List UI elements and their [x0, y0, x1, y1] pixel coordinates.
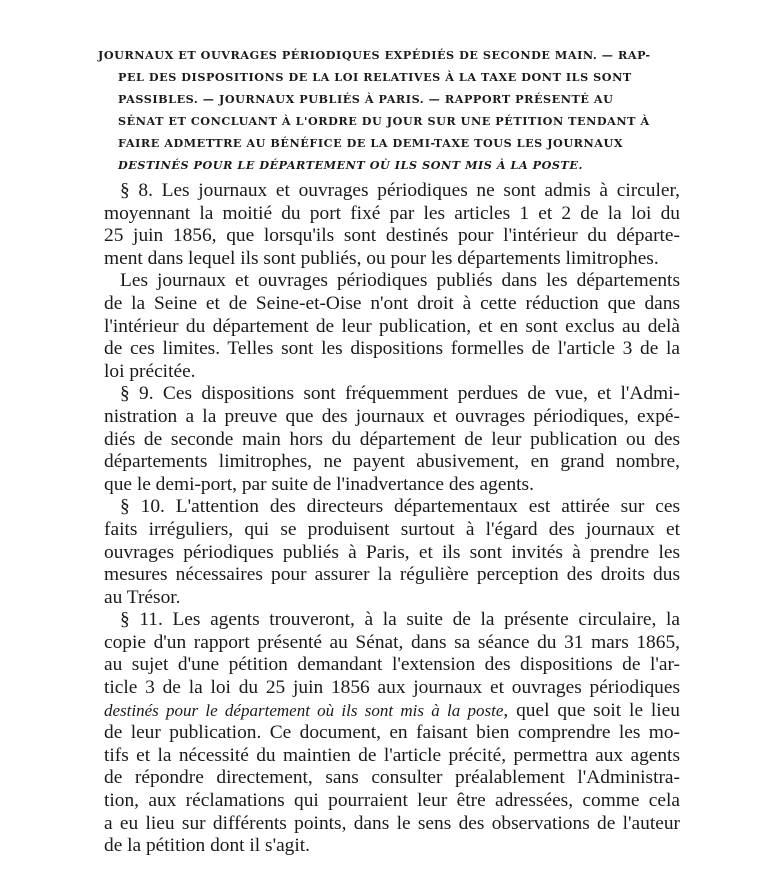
- text-line: que le demi-port, par suite de l'inadver…: [104, 474, 680, 497]
- text-line: Les journaux et ouvrages périodiques pub…: [104, 270, 680, 293]
- text-line: tifs et la nécessité du maintien de l'ar…: [104, 745, 680, 768]
- document-page: JOURNAUX ET OUVRAGES PÉRIODIQUES EXPÉDIÉ…: [0, 0, 766, 871]
- text-line: de répondre directement, sans consulter …: [104, 767, 680, 790]
- text-line: moyennant la moitié du port fixé par les…: [104, 203, 680, 226]
- heading-line: JOURNAUX ET OUVRAGES PÉRIODIQUES EXPÉDIÉ…: [98, 44, 678, 66]
- section-heading: JOURNAUX ET OUVRAGES PÉRIODIQUES EXPÉDIÉ…: [98, 44, 678, 176]
- heading-line: FAIRE ADMETTRE AU BÉNÉFICE DE LA DEMI-TA…: [98, 132, 678, 154]
- text-line: nistration a la preuve que des journaux …: [104, 406, 680, 429]
- text-line: 25 juin 1856, que lorsqu'ils sont destin…: [104, 225, 680, 248]
- text-line: de la Seine et de Seine-et-Oise n'ont dr…: [104, 293, 680, 316]
- text-line: de leur publication. Ce document, en fai…: [104, 722, 680, 745]
- text-line: ticle 3 de la loi du 25 juin 1856 aux jo…: [104, 677, 680, 700]
- text-line: loi précitée.: [104, 361, 680, 384]
- text-line: tion, aux réclamations qui pourraient le…: [104, 790, 680, 813]
- text-line: § 11. Les agents trouveront, à la suite …: [104, 609, 680, 632]
- text-line: ouvrages périodiques publiés à Paris, et…: [104, 542, 680, 565]
- paragraph-10: § 10. L'attention des directeurs départe…: [104, 496, 680, 609]
- heading-line: PEL DES DISPOSITIONS DE LA LOI RELATIVES…: [98, 66, 678, 88]
- text-line: de la pétition dont il s'agit.: [104, 835, 680, 858]
- text-line: départements limitrophes, ne payent abus…: [104, 451, 680, 474]
- italic-phrase: destinés pour le département où ils sont…: [104, 701, 503, 720]
- text-line: au Trésor.: [104, 587, 680, 610]
- text-line: de ces limites. Telles sont les disposit…: [104, 338, 680, 361]
- heading-italic-line: DESTINÉS POUR LE DÉPARTEMENT OÙ ILS SONT…: [98, 154, 678, 176]
- text-line: ment dans lequel ils sont publiés, ou po…: [104, 248, 680, 271]
- text-line: a eu lieu sur différents points, dans le…: [104, 813, 680, 836]
- paragraph-8: § 8. Les journaux et ouvrages périodique…: [104, 180, 680, 270]
- body-text: § 8. Les journaux et ouvrages périodique…: [104, 180, 680, 858]
- text-line: copie d'un rapport présenté au Sénat, da…: [104, 632, 680, 655]
- text-segment: , quel que soit le lieu: [503, 700, 680, 721]
- paragraph-9: § 9. Ces dispositions sont fréquemment p…: [104, 383, 680, 496]
- text-line: mesures nécessaires pour assurer la régu…: [104, 564, 680, 587]
- text-line: l'intérieur du département de leur publi…: [104, 316, 680, 339]
- text-line-mixed: destinés pour le département où ils sont…: [104, 700, 680, 723]
- heading-line: PASSIBLES. — JOURNAUX PUBLIÉS À PARIS. —…: [98, 88, 678, 110]
- text-line: § 9. Ces dispositions sont fréquemment p…: [104, 383, 680, 406]
- text-line: § 8. Les journaux et ouvrages périodique…: [104, 180, 680, 203]
- heading-line: SÉNAT ET CONCLUANT À L'ORDRE DU JOUR SUR…: [98, 110, 678, 132]
- text-line: § 10. L'attention des directeurs départe…: [104, 496, 680, 519]
- paragraph-11: § 11. Les agents trouveront, à la suite …: [104, 609, 680, 858]
- text-line: au sujet d'une pétition demandant l'exte…: [104, 654, 680, 677]
- paragraph-8-continued: Les journaux et ouvrages périodiques pub…: [104, 270, 680, 383]
- text-line: diés de seconde main hors du département…: [104, 429, 680, 452]
- text-line: faits irréguliers, qui se produisent sur…: [104, 519, 680, 542]
